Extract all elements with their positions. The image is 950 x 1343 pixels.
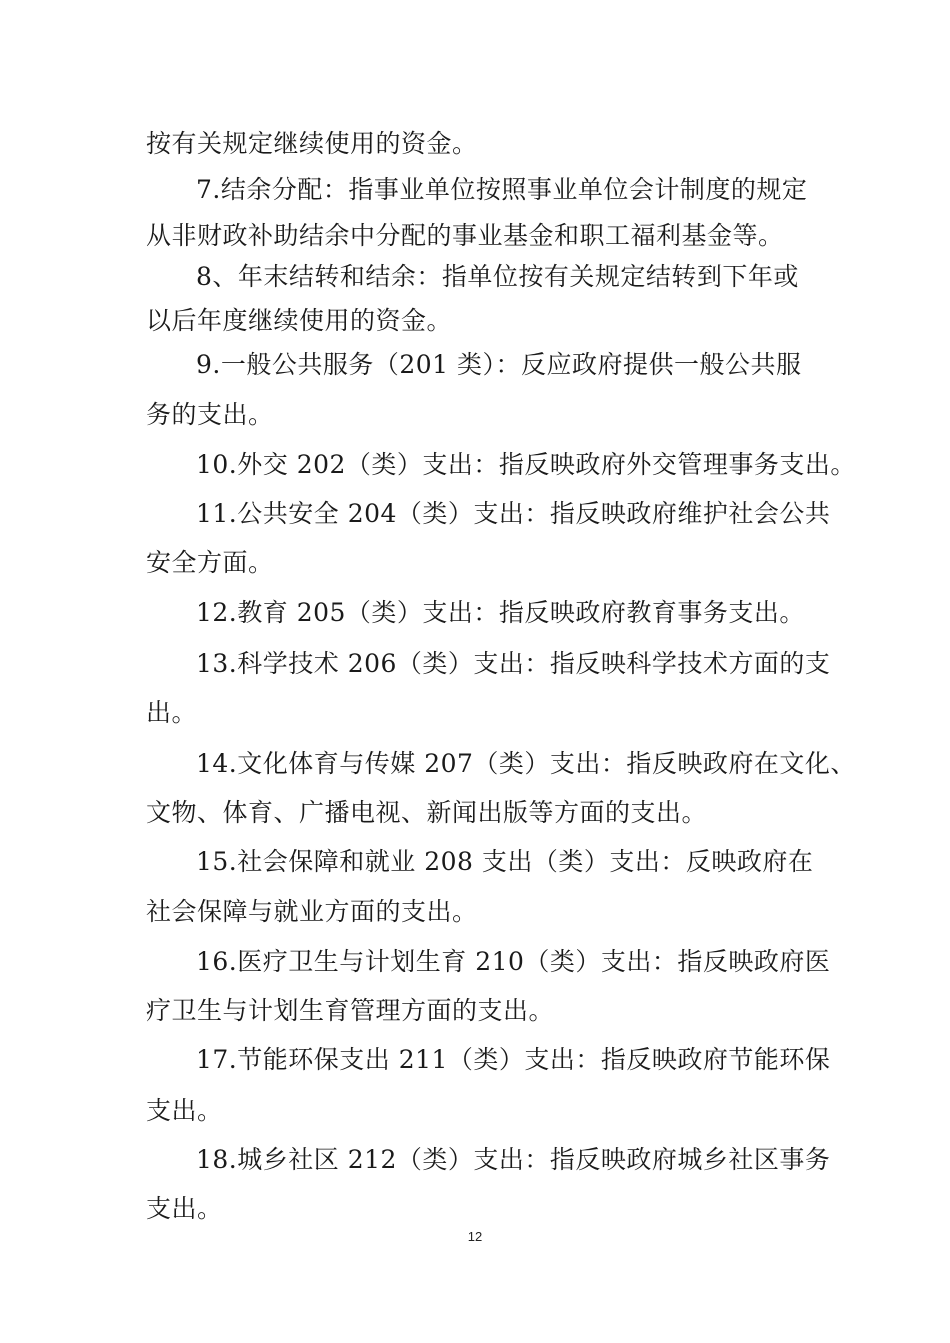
text-line: 支出。 xyxy=(146,1193,810,1225)
text-line: 从非财政补助结余中分配的事业基金和职工福利基金等。 xyxy=(146,220,810,252)
text-line: 务的支出。 xyxy=(146,399,810,431)
text-line: 13.科学技术 206（类）支出：指反映科学技术方面的支 xyxy=(196,648,810,680)
text-line: 文物、体育、广播电视、新闻出版等方面的支出。 xyxy=(146,797,810,829)
text-line: 16.医疗卫生与计划生育 210（类）支出：指反映政府医 xyxy=(196,946,810,978)
text-line: 17.节能环保支出 211（类）支出：指反映政府节能环保 xyxy=(196,1044,810,1076)
text-line: 7.结余分配：指事业单位按照事业单位会计制度的规定 xyxy=(196,174,810,206)
text-line: 出。 xyxy=(146,697,810,729)
text-line: 疗卫生与计划生育管理方面的支出。 xyxy=(146,995,810,1027)
text-line: 支出。 xyxy=(146,1095,810,1127)
text-line: 11.公共安全 204（类）支出：指反映政府维护社会公共 xyxy=(196,498,810,530)
text-line: 14.文化体育与传媒 207（类）支出：指反映政府在文化、 xyxy=(196,748,810,780)
text-line: 12.教育 205（类）支出：指反映政府教育事务支出。 xyxy=(196,597,810,629)
text-line: 安全方面。 xyxy=(146,547,810,579)
text-line: 以后年度继续使用的资金。 xyxy=(146,305,810,337)
text-line: 15.社会保障和就业 208 支出（类）支出：反映政府在 xyxy=(196,846,810,878)
text-line: 按有关规定继续使用的资金。 xyxy=(146,128,810,160)
text-line: 社会保障与就业方面的支出。 xyxy=(146,896,810,928)
document-page: 按有关规定继续使用的资金。 7.结余分配：指事业单位按照事业单位会计制度的规定 … xyxy=(0,0,950,1343)
page-number: 12 xyxy=(0,1229,950,1244)
text-line: 10.外交 202（类）支出：指反映政府外交管理事务支出。 xyxy=(196,449,810,481)
text-line: 9.一般公共服务（201 类）：反应政府提供一般公共服 xyxy=(196,349,810,381)
text-line: 18.城乡社区 212（类）支出：指反映政府城乡社区事务 xyxy=(196,1144,810,1176)
text-line: 8、年末结转和结余：指单位按有关规定结转到下年或 xyxy=(196,261,810,293)
